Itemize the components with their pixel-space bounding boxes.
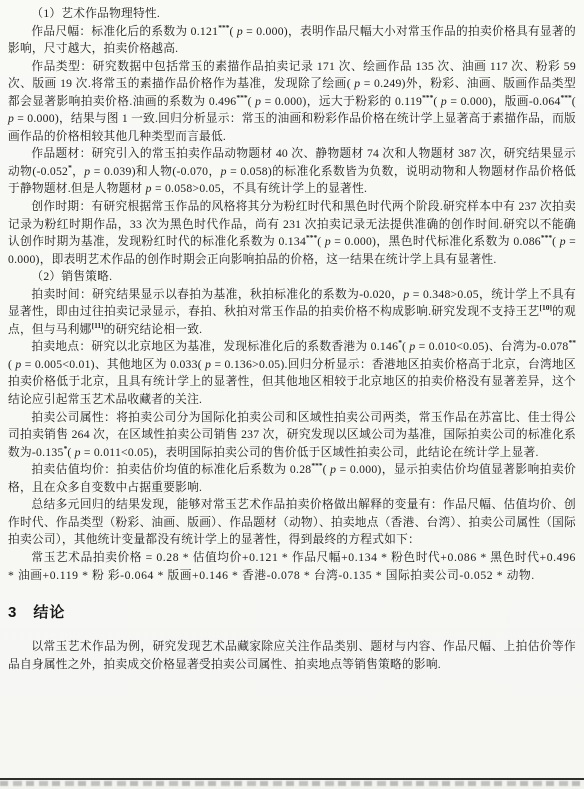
document-body: （1）艺术作品物理特性.作品尺幅：标准化后的系数为 0.121***( p = … — [8, 5, 576, 673]
superscript-marker: ** — [569, 339, 577, 348]
superscript-marker: *** — [236, 93, 247, 102]
paragraph: 拍卖地点：研究以北京地区为基准，发现标准化后的系数香港为 0.146*( p =… — [8, 338, 576, 408]
text-run: 的研究结论相一致. — [104, 323, 203, 336]
paragraph: 常玉艺术品拍卖价格 = 0.28 * 估值均价+0.121 * 作品尺幅+0.1… — [8, 549, 576, 584]
superscript-marker: [11] — [92, 321, 104, 330]
section-heading: 3 结论 — [8, 604, 576, 622]
text-run: 作品尺幅：标准化后的系数为 0.121 — [31, 25, 218, 38]
text-run: = 0.005<0.01)、其他地区为 0.033( — [21, 358, 205, 371]
text-run: ( — [317, 235, 325, 248]
cut-off-footnote-strip — [0, 778, 584, 789]
text-run: = 0.000)，版画-0.064 — [447, 95, 561, 108]
text-run: ， — [72, 165, 84, 178]
superscript-marker: *** — [311, 461, 322, 470]
paragraph: 拍卖时间：研究结果显示以春拍为基准，秋拍标准化的系数为-0.020，p = 0.… — [8, 286, 576, 339]
text-run: = 0.000)，远大于粉彩的 0.119 — [261, 95, 422, 108]
text-run: 拍卖时间：研究结果显示以春拍为基准，秋拍标准化的系数为-0.020， — [31, 288, 403, 301]
text-run: 3 结论 — [8, 604, 65, 621]
text-run: = 0.000)，结果与图 1 一致.回归分析显示：常玉的油画和粉彩作品价格在统… — [8, 112, 576, 143]
superscript-marker: [10] — [539, 303, 552, 312]
text-run: ( — [67, 446, 74, 459]
text-run: ( — [552, 235, 560, 248]
cut-off-text-sliver — [0, 781, 584, 786]
text-run: 拍卖地点：研究以北京地区为基准，发现标准化后的系数香港为 0.146 — [31, 340, 398, 353]
superscript-marker: *** — [422, 93, 433, 102]
paragraph: 创作时期：有研究根据常玉作品的风格将其分为粉红时代和黑色时代两个阶段.研究样本中… — [8, 198, 576, 268]
scanned-paper-page: { "page": { "background_color": "#f7f7f4… — [0, 0, 584, 789]
paragraph: （1）艺术作品物理特性. — [8, 5, 576, 23]
text-run: = 0.010<0.05)、台湾为-0.078 — [415, 340, 568, 353]
text-run: 常玉艺术品拍卖价格 = 0.28 * 估值均价+0.121 * 作品尺幅+0.1… — [8, 551, 576, 582]
paragraph: 总结多元回归的结果发现，能够对常玉艺术作品拍卖价格做出解释的变量有：作品尺幅、估… — [8, 496, 576, 549]
paragraph: 拍卖公司属性：将拍卖公司分为国际化拍卖公司和区域性拍卖公司两类，常玉作品在苏富比… — [8, 409, 576, 462]
text-run: = 0.039)和人物(-0.070， — [90, 165, 220, 178]
document-page: （1）艺术作品物理特性.作品尺幅：标准化后的系数为 0.121***( p = … — [0, 0, 584, 789]
paragraph: 以常玉艺术作品为例，研究发现艺术品藏家除应关注作品类别、题材与内容、作品尺幅、上… — [8, 638, 576, 673]
superscript-marker: *** — [218, 23, 229, 32]
paragraph: 作品类型：研究数据中包括常玉的素描作品拍卖记录 171 次、绘画作品 135 次… — [8, 58, 576, 146]
text-run: 拍卖估值均价：拍卖估价均值的标准化后系数为 0.28 — [31, 463, 311, 476]
text-run: = 0.000)，黑色时代标准化系数为 0.086 — [331, 235, 541, 248]
text-run: 总结多元回归的结果发现，能够对常玉艺术作品拍卖价格做出解释的变量有：作品尺幅、估… — [8, 498, 576, 546]
text-run: = 0.058>0.05，不具有统计学上的显著性. — [152, 182, 367, 195]
paragraph: 拍卖估值均价：拍卖估价均值的标准化后系数为 0.28***( p = 0.000… — [8, 461, 576, 496]
superscript-marker: *** — [561, 93, 572, 102]
paragraph: （2）销售策略. — [8, 268, 576, 286]
superscript-marker: *** — [541, 233, 552, 242]
paragraph: 作品尺幅：标准化后的系数为 0.121***( p = 0.000)，表明作品尺… — [8, 23, 576, 58]
superscript-marker: *** — [306, 233, 317, 242]
text-run: 以常玉艺术作品为例，研究发现艺术品藏家除应关注作品类别、题材与内容、作品尺幅、上… — [8, 640, 576, 671]
paragraph: 作品题材：研究引入的常玉拍卖作品动物题材 40 次、静物题材 74 次和人物题材… — [8, 145, 576, 198]
text-run: （2）销售策略. — [31, 270, 112, 283]
text-run: ( — [433, 95, 441, 108]
text-run: ( — [572, 95, 576, 108]
text-run: （1）艺术作品物理特性. — [31, 7, 160, 20]
text-run: ( — [229, 25, 236, 38]
text-run: = 0.011<0.05)，表明国际拍卖公司的售价低于区域性拍卖公司，此结论在统… — [81, 446, 539, 459]
